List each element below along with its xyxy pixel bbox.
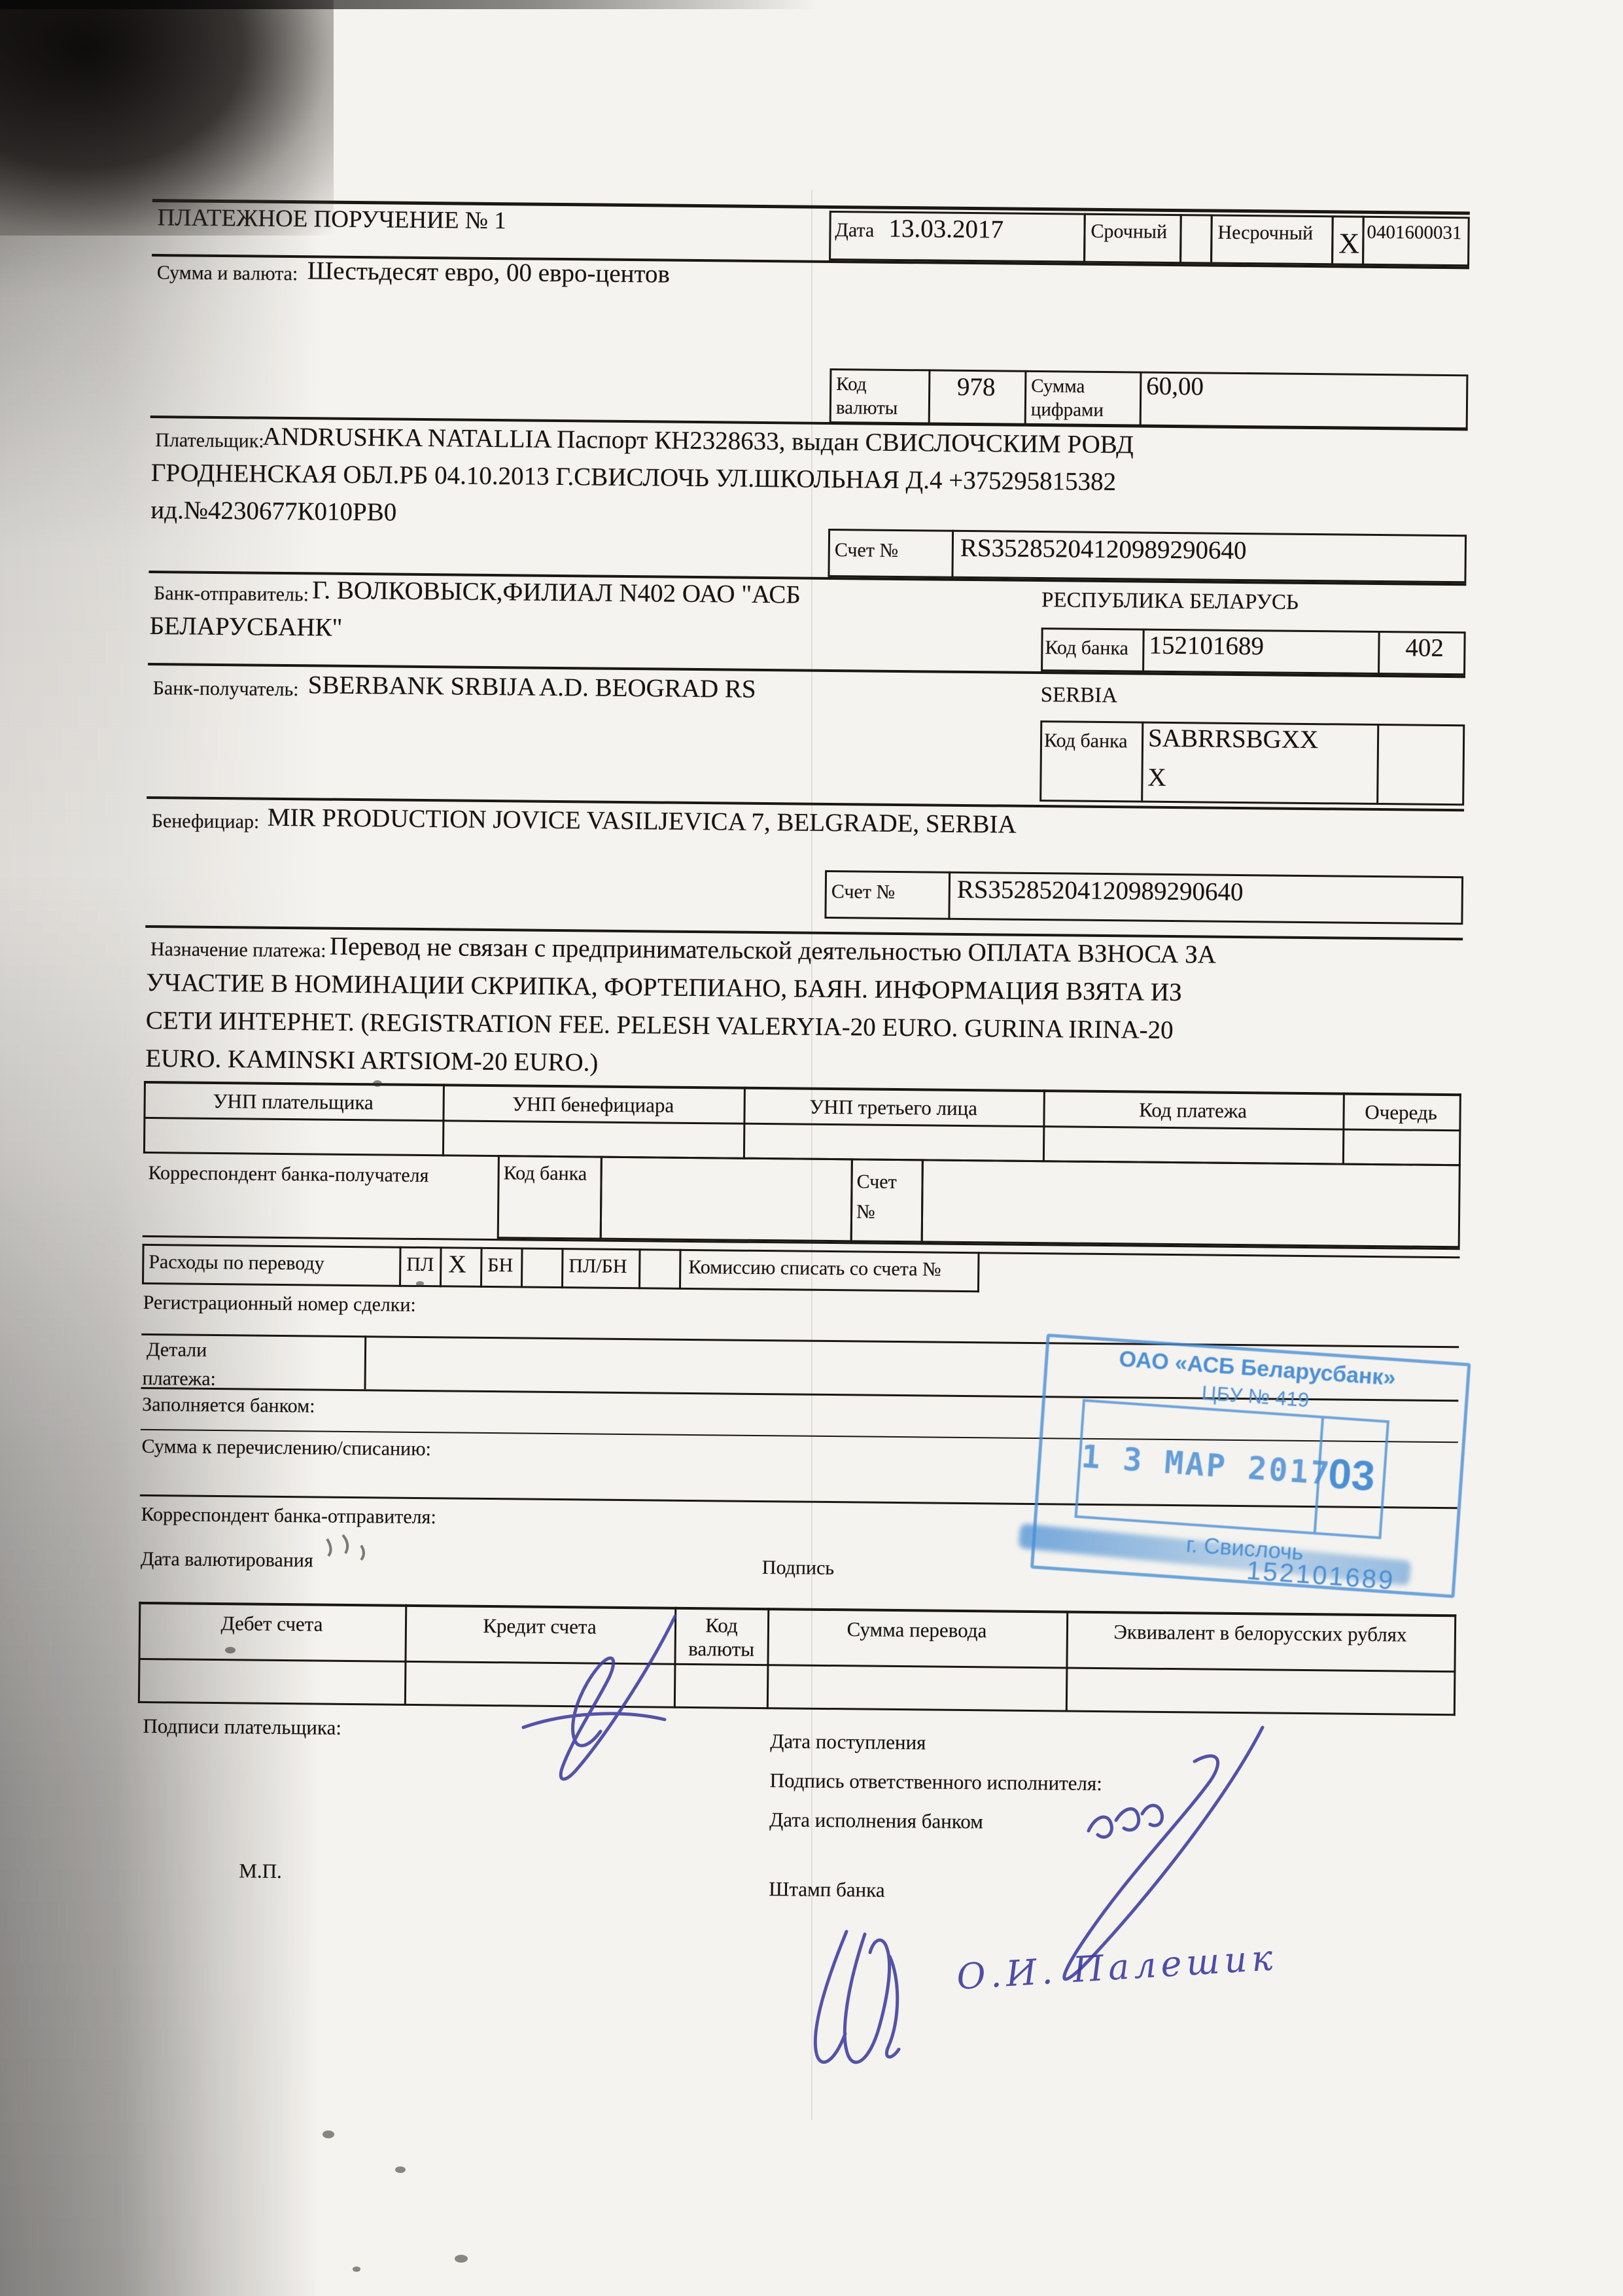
payer-line1: ANDRUSHKA NATALLIA Паспорт КН2328633, вы… [262,424,1134,459]
cell-border [638,1248,641,1289]
stamp-date-box: 1 3 МАР 2017 03 [1074,1399,1389,1539]
correspondent-account-label-cell: Счет № [850,1158,924,1243]
correspondent-bank-code-value-cell [600,1156,853,1243]
stamp-date: 1 3 МАР 2017 [1080,1438,1319,1491]
amount-figures-value: 60,00 [1146,374,1204,401]
cell-border [480,1247,483,1288]
purpose-line3: СЕТИ ИНТЕРНЕТ. (REGISTRATION FEE. PELESH… [146,1008,1174,1044]
executor-initials-scribble [815,1932,899,2062]
payer-account-label: Счет № [835,539,899,561]
urgent-cell: Срочный [1083,213,1182,264]
sender-bank-country: РЕСПУБЛИКА БЕЛАРУСЬ [1041,588,1299,614]
unp-third-party-header: УНП третьего лица [743,1095,1043,1121]
receiver-bank-country: SERBIA [1041,683,1118,707]
signature-label: Подпись [762,1557,834,1579]
form-line [138,1658,1456,1672]
form-line [142,1282,979,1292]
form-line [138,1701,1456,1716]
expenses-plbn-label: ПЛ/БН [568,1255,627,1277]
correspondent-receiver-label: Корреспондент банка-получателя [148,1162,428,1186]
payment-order-form: ПЛАТЕЖНОЕ ПОРУЧЕНИЕ № 1 Дата 13.03.2017 … [136,194,1470,1934]
currency-code-label: Код валюты [836,372,918,421]
form-code-cell: 0401600031 [1362,216,1470,267]
amount-in-words: Шестьдесят евро, 00 евро-центов [307,258,670,288]
bank-stamp-label: Штамп банка [769,1877,885,1901]
beneficiary-name: MIR PRODUCTION JOVICE VASILJEVICA 7, BEL… [268,805,1017,839]
stamp-shift-number: 03 [1316,1449,1387,1502]
form-code: 0401600031 [1367,222,1461,244]
correspondent-account-label-1: Счет [856,1171,896,1193]
urgent-label: Срочный [1091,221,1167,243]
value-date-label: Дата валютирования [141,1548,313,1572]
sender-bank-name-line1: Г. ВОЛКОВЫСК,ФИЛИАЛ N402 ОАО "АСБ [312,577,801,609]
byn-equivalent-header: Эквивалент в белорусских рублях [1066,1620,1454,1647]
cell-border [521,1247,523,1288]
executor-signature-label: Подпись ответственного исполнителя: [770,1769,1102,1795]
expenses-pl-label: ПЛ [406,1254,434,1275]
credit-account-header: Кредит счета [405,1614,674,1640]
non-urgent-cell: Несрочный [1210,215,1334,266]
bank-stamp: ОАО «АСБ Беларусбанк» ЦБУ № 419 1 3 МАР … [1030,1333,1471,1598]
cell-border [977,1252,980,1292]
payer-signatures-label: Подписи плательщика: [143,1714,341,1740]
cell-border [142,1244,145,1284]
date-value: 13.03.2017 [888,216,1003,244]
currency-code-header: Код валюты [679,1614,765,1661]
purpose-line1: Перевод не связан с предпринимательской … [330,934,1216,969]
currency-code-value: 978 [930,374,1022,401]
form-line [141,1333,1459,1348]
non-urgent-checkbox: X [1331,215,1365,265]
purpose-line2: УЧАСТИЕ В НОМИНАЦИИ СКРИПКА, ФОРТЕПИАНО,… [146,970,1182,1006]
executor-handwritten-name: О.И. Палешик [956,1937,1279,1998]
purpose-line4: EURO. KAMINSKI ARTSIOM-20 EURO.) [145,1046,598,1077]
amount-figures-label: Сумма цифрами [1031,374,1130,423]
unp-payer-header: УНП плательщика [144,1089,443,1115]
receipt-date-label: Дата поступления [770,1729,926,1754]
expenses-label: Расходы по переводу [148,1251,324,1275]
sender-bank-branch-code: 402 [1405,635,1444,662]
cell-border [561,1248,564,1288]
registration-number-label: Регистрационный номер сделки: [143,1292,416,1316]
payer-label: Плательщик: [155,429,264,452]
cell-border [399,1246,402,1287]
scan-noise-top-strip [0,0,818,9]
debit-account-header: Дебет счета [139,1611,405,1637]
correspondent-sender-label: Корреспондент банка-отправителя: [141,1504,436,1528]
date-cell: Дата 13.03.2017 [829,211,1086,263]
sender-bank-code-value: 152101689 [1149,633,1264,661]
receiver-bank-swift-line2: X [1147,765,1166,792]
correspondent-account-label-2: № [856,1201,875,1222]
cell-border [1378,631,1380,675]
payment-details-label-2: платежа: [142,1368,216,1390]
cell-border [679,1249,682,1290]
bank-fills-label: Заполняется банком: [142,1394,315,1417]
transfer-sum-label: Сумма к перечислению/списанию: [141,1436,431,1460]
non-urgent-label: Несрочный [1217,222,1313,244]
scan-fold-line [811,190,812,2120]
expenses-pl-mark: X [448,1250,466,1279]
cell-border [440,1246,442,1287]
cell-border [1142,629,1145,673]
payment-details-label-1: Детали [147,1339,207,1361]
page-title: ПЛАТЕЖНОЕ ПОРУЧЕНИЕ № 1 [157,205,506,234]
sender-bank-code-label: Код банка [1045,637,1128,659]
correspondent-account-value-cell [921,1159,1461,1248]
payer-line3: ид.№4230677К010РВ0 [150,497,396,527]
beneficiary-label: Бенефициар: [152,810,260,833]
receiver-bank-name: SBERBANK SRBIJA A.D. BEOGRAD RS [308,672,756,703]
date-label: Дата [835,219,874,241]
receiver-bank-label: Банк-получатель: [153,677,299,700]
payer-account-value: RS35285204120989290640 [960,535,1247,565]
payer-line2: ГРОДНЕНСКАЯ ОБЛ.РБ 04.10.2013 Г.СВИСЛОЧЬ… [151,460,1117,496]
receiver-bank-code-label: Код банка [1044,730,1128,752]
scanned-payment-order-page: { "document": { "title": "ПЛАТЕЖНОЕ ПОРУ… [0,0,1623,2296]
purpose-label: Назначение платежа: [150,938,326,962]
bank-execution-date-label: Дата исполнения банком [769,1808,983,1833]
beneficiary-account-value: RS35285204120989290640 [957,877,1244,906]
correspondent-bank-code-label: Код банка [503,1162,587,1184]
commission-label: Комиссию списать со счета № [688,1256,941,1280]
payment-code-header: Код платежа [1043,1097,1342,1123]
expenses-bn-label: БН [487,1254,513,1276]
sender-bank-name-line2: БЕЛАРУСБАНК" [149,613,342,642]
non-urgent-mark: X [1338,226,1359,260]
receiver-bank-swift-line1: SABRRSBGXX [1148,726,1318,754]
queue-header: Очередь [1342,1101,1459,1125]
beneficiary-account-label: Счет № [831,881,896,903]
cell-border [364,1335,366,1389]
unp-beneficiary-header: УНП бенефициара [443,1091,744,1118]
correspondent-bank-code-cell: Код банка [497,1155,602,1240]
amount-label: Сумма и валюта: [157,262,298,285]
seal-label: М.П. [239,1859,282,1882]
urgent-checkbox [1179,214,1213,264]
sender-bank-label: Банк-отправитель: [154,582,309,605]
